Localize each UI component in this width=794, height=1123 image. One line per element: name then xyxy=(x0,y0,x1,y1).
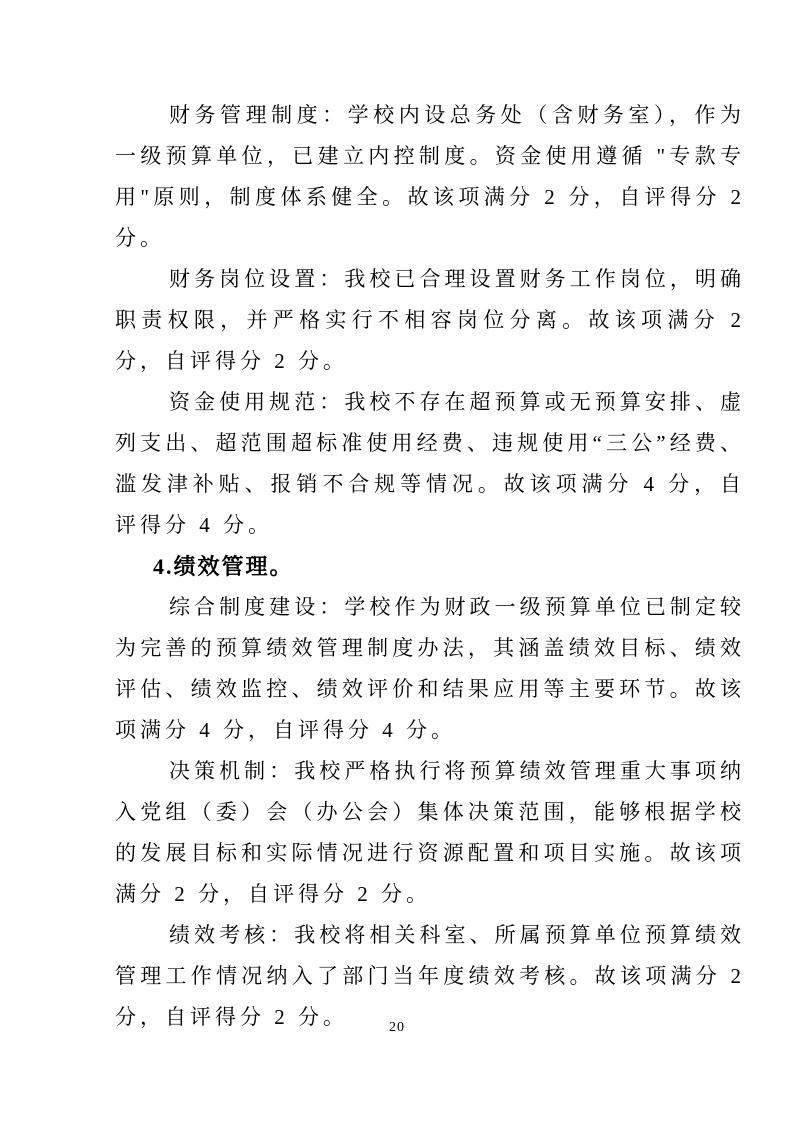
document-page: 财务管理制度：学校内设总务处（含财务室），作为一级预算单位，已建立内控制度。资金… xyxy=(0,0,794,1123)
document-body: 财务管理制度：学校内设总务处（含财务室），作为一级预算单位，已建立内控制度。资金… xyxy=(115,95,745,1038)
paragraph-comprehensive-system-building: 综合制度建设：学校作为财政一级预算单位已制定较为完善的预算绩效管理制度办法，其涵… xyxy=(115,587,745,751)
paragraph-decision-mechanism: 决策机制：我校严格执行将预算绩效管理重大事项纳入党组（委）会（办公会）集体决策范… xyxy=(115,751,745,915)
paragraph-financial-post-setup: 财务岗位设置：我校已合理设置财务工作岗位，明确职责权限，并严格实行不相容岗位分离… xyxy=(115,259,745,382)
paragraph-financial-management-system: 财务管理制度：学校内设总务处（含财务室），作为一级预算单位，已建立内控制度。资金… xyxy=(115,95,745,259)
section-heading-performance-management: 4.绩效管理。 xyxy=(115,546,745,587)
paragraph-fund-usage-standards: 资金使用规范：我校不存在超预算或无预算安排、虚列支出、超范围超标准使用经费、违规… xyxy=(115,382,745,546)
page-footer: 20 xyxy=(0,1018,794,1036)
page-number: 20 xyxy=(389,1020,405,1035)
